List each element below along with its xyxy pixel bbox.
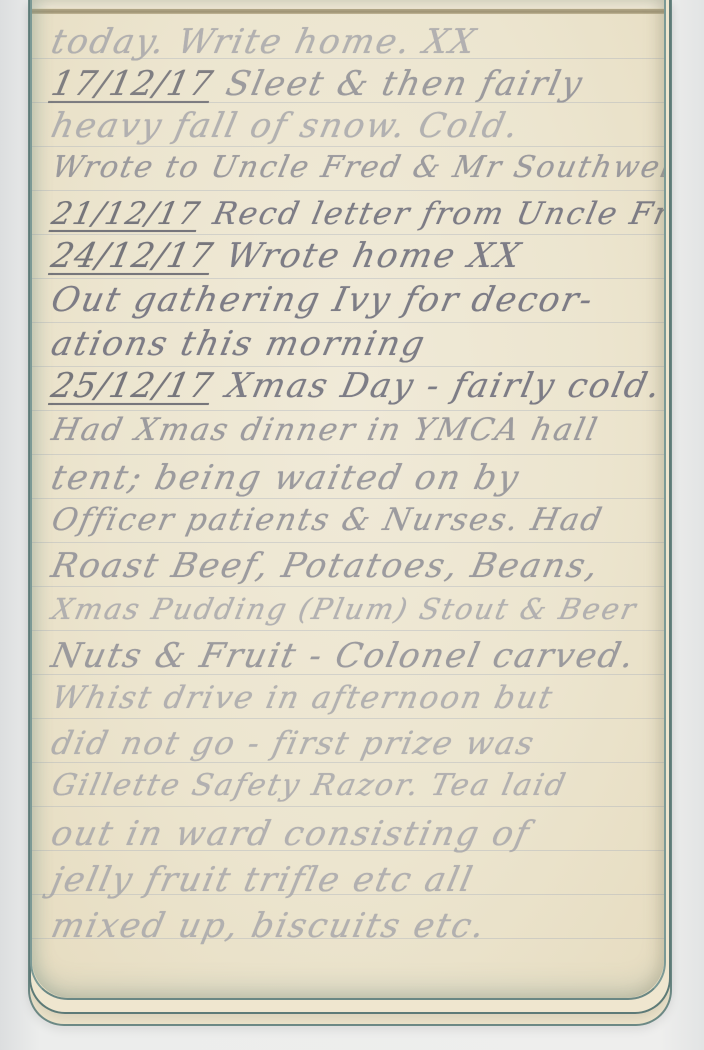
entry-date: 25/12/17	[48, 366, 217, 406]
diary-line: Had Xmas dinner in YMCA hall	[46, 412, 664, 460]
entry-text: Wrote to Uncle Fred & Mr Southwell	[49, 150, 666, 185]
diary-line: tent; being waited on by	[46, 458, 664, 506]
diary-line: Whist drive in afternoon but	[46, 680, 664, 728]
entry-text: Gillette Safety Razor. Tea laid	[49, 768, 570, 803]
diary-line: Gillette Safety Razor. Tea laid	[46, 768, 664, 816]
entry-date: 24/12/17	[48, 236, 217, 276]
diary-line: Out gathering Ivy for decor-	[46, 280, 664, 328]
entry-text: today. Write home. XX	[48, 22, 481, 62]
entry-text: Recd letter from Uncle Fred	[210, 196, 666, 232]
binding-strip	[32, 0, 664, 8]
diary-line: Xmas Pudding (Plum) Stout & Beer	[46, 592, 664, 640]
entry-text: out in ward consisting of	[48, 814, 534, 854]
entry-text: Xmas Pudding (Plum) Stout & Beer	[49, 592, 641, 626]
diary-line: Nuts & Fruit - Colonel carved.	[46, 636, 664, 684]
diary-line: 24/12/17Wrote home XX	[46, 236, 664, 284]
entry-text: tent; being waited on by	[48, 458, 524, 498]
entry-date: 21/12/17	[49, 196, 204, 232]
diary-line: 17/12/17Sleet & then fairly	[46, 64, 664, 112]
entry-text: Had Xmas dinner in YMCA hall	[49, 412, 602, 448]
notebook-page: today. Write home. XX 17/12/17Sleet & th…	[30, 0, 666, 1000]
diary-line: 25/12/17Xmas Day - fairly cold.	[46, 366, 664, 414]
diary-line: Wrote to Uncle Fred & Mr Southwell	[46, 150, 664, 198]
diary-line: heavy fall of snow. Cold.	[46, 106, 664, 154]
entry-text: ations this morning	[48, 324, 430, 364]
entry-text: Xmas Day - fairly cold.	[222, 366, 665, 406]
binding-line	[32, 9, 664, 14]
diary-line: Officer patients & Nurses. Had	[46, 502, 664, 550]
entry-text: Sleet & then fairly	[222, 64, 587, 104]
diary-line: ations this morning	[46, 324, 664, 372]
entry-date: 17/12/17	[48, 64, 217, 104]
entry-text: mixed up, biscuits etc.	[48, 906, 490, 946]
entry-text: Wrote home XX	[222, 236, 525, 276]
entry-text: did not go - first prize was	[48, 724, 539, 762]
diary-line: today. Write home. XX	[46, 22, 664, 70]
entry-text: Whist drive in afternoon but	[49, 680, 558, 716]
diary-line: jelly fruit trifle etc all	[46, 860, 664, 908]
entry-text: Out gathering Ivy for decor-	[48, 280, 598, 320]
diary-line: Roast Beef, Potatoes, Beans,	[46, 546, 664, 594]
entry-text: Nuts & Fruit - Colonel carved.	[48, 636, 640, 676]
entry-text: jelly fruit trifle etc all	[48, 860, 478, 900]
diary-line: did not go - first prize was	[46, 724, 664, 772]
entry-text: Roast Beef, Potatoes, Beans,	[48, 546, 604, 586]
diary-line: mixed up, biscuits etc.	[46, 906, 664, 954]
diary-line: out in ward consisting of	[46, 814, 664, 862]
entry-text: heavy fall of snow. Cold.	[48, 106, 524, 146]
entry-text: Officer patients & Nurses. Had	[49, 502, 607, 538]
